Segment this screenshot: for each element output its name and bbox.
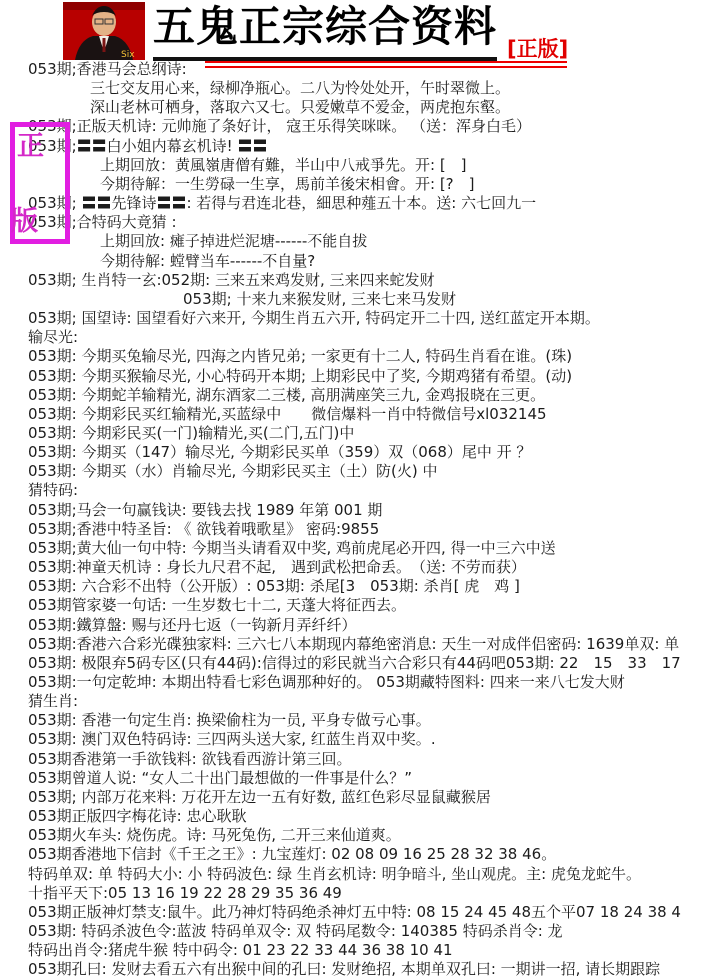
text-line: 053期管家婆一句话: 一生岁数七十二, 天蓬大将征西去。: [0, 596, 720, 615]
text-line: 053期:鐵算盤: 赐与还丹七返（一钩新月弄纤纤）: [0, 616, 720, 635]
text-line: 053期;合特码大竟猜 :: [0, 213, 720, 232]
text-line: 053期: 今期彩民买红输精光,买蓝绿中 微信爆料一肖中特微信号xl032145: [0, 405, 720, 424]
watermark-char-top: 正: [17, 133, 44, 160]
text-line: 053期香港地下信封《千王之王》: 九宝莲灯: 02 08 09 16 25 2…: [0, 845, 720, 864]
text-line: 猜生肖:: [0, 692, 720, 711]
text-line: 上期回放: 瘫子掉进烂泥塘------不能自拔: [0, 232, 720, 251]
watermark-char-bottom: 版: [11, 208, 38, 235]
text-line: 053期; 〓〓先锋诗〓〓: 若得与君连北巷，細思种薤五十本。送: 六七回九一: [0, 194, 720, 213]
text-line: 053期: 今期蛇羊输精光, 湖东酒家二三楼, 高朋满座笑三九, 金鸡报晓在三更…: [0, 386, 720, 405]
photo-caption-glyph: Six: [121, 50, 135, 60]
text-line: 053期;香港中特圣旨: 《 欲钱着哦歌星》 密码:9855: [0, 520, 720, 539]
text-line: 053期正版神灯禁支:鼠牛。此乃神灯特码绝杀神灯五中特: 08 15 24 45…: [0, 903, 720, 922]
text-line: 053期;〓〓白小姐内幕玄机诗! 〓〓: [0, 137, 720, 156]
text-line: 今期待解: 螳臂当车------不自量?: [0, 252, 720, 271]
page-root: Six 五鬼正宗综合资料 [正版] 正 版 053期;香港马会总纲诗:三七交友用…: [0, 0, 720, 980]
text-line: 053期: 今期买兔输尽光, 四海之内皆兄弟; 一家更有十二人, 特码生肖看在谁…: [0, 347, 720, 366]
text-line: 猜特码:: [0, 481, 720, 500]
text-line: 053期: 澳门双色特码诗: 三四两头送大家, 红蓝生肖双中奖。.: [0, 730, 720, 749]
text-line: 053期; 国望诗: 国望看好六来开, 今期生肖五六开, 特码定开二十四, 送红…: [0, 309, 720, 328]
portrait-photo: Six: [63, 2, 145, 60]
text-line: 053期: 极限弃5码专区(只有44码):信得过的彩民就当六合彩只有44码吧05…: [0, 654, 720, 673]
lines-container: 053期;香港马会总纲诗:三七交友用心来，绿柳净瓶心。二八为怜处处开，午时翠微上…: [0, 60, 720, 980]
text-line: 053期;黄大仙一句中特: 今期当头请看双中奖, 鸡前虎尾必开四, 得一中三六中…: [0, 539, 720, 558]
portrait-image: Six: [63, 2, 145, 60]
text-line: 053期香港第一手欲钱料: 欲钱看西游计第三回。: [0, 750, 720, 769]
text-line: 053期正版四字梅花诗: 忠心耿耿: [0, 807, 720, 826]
text-line: 053期曾道人说: “女人二十出门最想做的一件事是什么？”: [0, 769, 720, 788]
text-line: 输尽光:: [0, 328, 720, 347]
text-line: 特码单双: 单 特码大小: 小 特码波色: 绿 生肖玄机诗: 明争暗斗, 坐山观…: [0, 865, 720, 884]
text-line: 十指平天下:05 13 16 19 22 28 29 35 36 49: [0, 884, 720, 903]
text-line: 今期待解：一生勞碌一生享，馬前羊後宋相會。开: [? ]: [0, 175, 720, 194]
text-line: 053期:香港六合彩光碟独家料: 三六七八本期现内幕绝密消息: 天生一对成伴侣密…: [0, 635, 720, 654]
text-line: 深山老林可栖身，落取六又七。只爱嫩草不爱金，两虎抱东壑。: [0, 98, 720, 117]
text-line: 053期;香港马会总纲诗:: [0, 60, 720, 79]
text-line: 053期; 内部万花来料: 万花开左边一五有好数, 蓝红色彩尽显鼠藏猴居: [0, 788, 720, 807]
text-line: 053期火车头: 烧伤虎。诗: 马死兔伤, 二开三来仙道爽。: [0, 826, 720, 845]
text-line: 053期: 香港一句定生肖: 换梁偷柱为一员, 平身专做亏心事。: [0, 711, 720, 730]
text-line: 053期;马会一句赢钱诀: 要钱去找 1989 年第 001 期: [0, 501, 720, 520]
text-line: 053期:神童天机诗 : 身长九尺君不起, 遇到武松把命丢。 （送: 不劳而获）: [0, 558, 720, 577]
text-line: 053期: 特码杀波色令:蓝波 特码单双令: 双 特码尾数令: 140385 特…: [0, 922, 720, 941]
text-line: 053期;正版天机诗: 元帅施了条好计， 寇王乐得笑咪咪。 （送：浑身白毛）: [0, 117, 720, 136]
page-title: 五鬼正宗综合资料: [153, 0, 497, 61]
edition-tag: [正版]: [507, 33, 568, 63]
text-line: 053期孔曰: 发财去看五六有出猴中间的孔曰: 发财绝招, 本期单双孔曰: 一期…: [0, 960, 720, 979]
text-line: 053期:一句定乾坤: 本期出特看七彩色调那种好的。 053期藏特图料: 四来一…: [0, 673, 720, 692]
text-line: 053期: 今期买（147）输尽光, 今期彩民买单（359）双（068）尾中 开…: [0, 443, 720, 462]
text-line: 三七交友用心来，绿柳净瓶心。二八为怜处处开，午时翠微上。: [0, 79, 720, 98]
text-line: 053期: 今期买猴输尽光, 小心特码开本期; 上期彩民中了奖, 今期鸡猪有希望…: [0, 367, 720, 386]
text-line: 053期; 生肖特一玄:052期: 三来五来鸡发财, 三来四来蛇发财: [0, 271, 720, 290]
text-line: 上期回放：黄風嶺唐僧有難，半山中八戒爭先。开: [ ]: [0, 156, 720, 175]
text-line: 053期: 今期彩民买(一门)输精光,买(二门,五门)中: [0, 424, 720, 443]
text-line: 053期; 十来九来猴发财, 三来七来马发财: [0, 290, 720, 309]
text-line: 053期: 今期买（水）肖输尽光, 今期彩民买主（土）防(火) 中: [0, 462, 720, 481]
text-line: 特码出肖令:猪虎牛猴 特中码令: 01 23 22 33 44 36 38 10…: [0, 941, 720, 960]
text-line: 053期: 六合彩不出特（公开版）: 053期: 杀尾[3 053期: 杀肖[ …: [0, 577, 720, 596]
